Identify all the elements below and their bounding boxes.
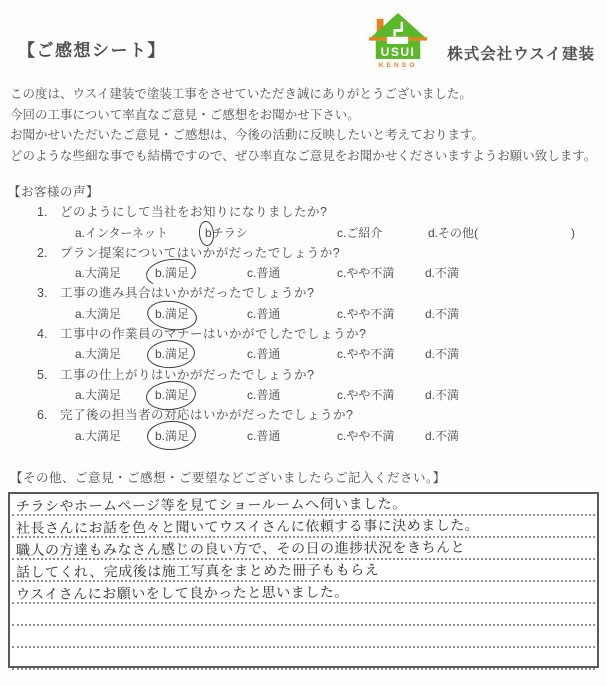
option-d: d.その他( [428, 223, 571, 243]
option-a: a.インターネット [75, 223, 205, 243]
option-d-close-paren: ) [571, 223, 575, 243]
option-c: c.普通 [247, 344, 337, 364]
option-c: c.ご紹介 [337, 223, 428, 243]
intro-line: お聞かせいただいたご意見・ご感想は、今後の活動に反映したいと考えております。 [10, 125, 599, 146]
handwritten-text: 話してくれ、完成後は施工写真をまとめた冊子ももらえ [16, 559, 379, 582]
brand: USUI KENSO 株式会社ウスイ建装 [369, 12, 595, 74]
question-text: 工事中の作業員のマナーはいかがでしたでしょうか? [60, 324, 366, 344]
handwritten-text: 社長さんにお話を色々と聞いてウスイさんに依頼する事に決めました。 [16, 515, 479, 538]
question-text: どのようにして当社をお知りになりましたか? [60, 202, 327, 222]
comments-section: 【その他、ご意見・ご感想・ご要望などございましたらご記入ください。】 チラシやホ… [8, 470, 599, 668]
question-4: 4. 工事中の作業員のマナーはいかがでしたでしょうか? a.大満足 b.満足 c… [8, 324, 599, 365]
survey-section-title: 【お客様の声】 [8, 182, 599, 202]
comments-box: チラシやホームページ等を見てショールームへ伺いました。 社長さんにお話を色々と聞… [8, 492, 599, 668]
option-marker: b [205, 226, 212, 240]
option-label: b.満足 [155, 307, 189, 321]
option-label: チラシ [212, 226, 248, 240]
option-label: b.満足 [155, 347, 189, 361]
option-a: a.大満足 [75, 426, 155, 446]
options-row: a.大満足 b.満足 c.普通 c.やや不満 d.不満 [8, 344, 599, 364]
question-number: 2. [37, 243, 60, 263]
options-row: a.大満足 b.満足 c.普通 c.やや不満 d.不満 [8, 426, 599, 446]
question-number: 6. [37, 405, 60, 425]
question-text: プラン提案についてはいかがだったでしょうか? [60, 243, 340, 263]
intro-line: この度は、ウスイ建装で塗装工事をさせていただき誠にありがとうございました。 [10, 84, 599, 105]
intro-line: どのような些細な事でも結構ですので、ぜひ率直なご意見をお聞かせくださいますようお… [10, 146, 599, 167]
header: 【ご感想シート】 USUI KENSO 株式会社ウスイ建装 [0, 0, 607, 84]
option-a: a.大満足 [75, 304, 155, 324]
option-e: d.不満 [425, 304, 459, 324]
comment-line-empty [12, 648, 595, 670]
option-label: b.満足 [155, 388, 189, 402]
comment-line: 職人の方達もみなさん感じの良い方で、その日の進捗状況をきちんと [12, 538, 595, 560]
option-b-selected: b.満足 [155, 263, 247, 283]
question-2: 2. プラン提案についてはいかがだったでしょうか? a.大満足 b.満足 c.普… [8, 243, 599, 284]
option-d: c.やや不満 [337, 304, 425, 324]
option-d: c.やや不満 [337, 344, 425, 364]
option-a: a.大満足 [75, 385, 155, 405]
question-number: 1. [37, 202, 60, 222]
logo-text-bottom: KENSO [379, 62, 418, 69]
survey-section: 【お客様の声】 1. どのようにして当社をお知りになりましたか? a.インターネ… [8, 182, 599, 446]
handwritten-text: ウスイさんにお願いをして良かったと思いました。 [16, 582, 349, 604]
company-name: 株式会社ウスイ建装 [447, 42, 595, 64]
comment-box-filler [10, 670, 597, 682]
question-text: 工事の仕上がりはいかがだったでしょうか? [60, 365, 314, 385]
option-d: c.やや不満 [337, 426, 425, 446]
question-5: 5. 工事の仕上がりはいかがだったでしょうか? a.大満足 b.満足 c.普通 … [8, 365, 599, 406]
option-b-selected: bチラシ [205, 223, 337, 243]
comment-line-empty [12, 604, 595, 626]
option-c: c.普通 [247, 385, 337, 405]
comment-line: ウスイさんにお願いをして良かったと思いました。 [12, 582, 595, 604]
comment-line: チラシやホームページ等を見てショールームへ伺いました。 [12, 494, 595, 516]
page-title: 【ご感想シート】 [18, 36, 166, 61]
intro-line: 今回の工事について率直なご意見・ご感想をお聞かせ下さい。 [10, 105, 599, 126]
option-a: a.大満足 [75, 263, 155, 283]
question-1: 1. どのようにして当社をお知りになりましたか? a.インターネット bチラシ … [8, 202, 599, 243]
option-c: c.普通 [247, 304, 337, 324]
comment-line: 話してくれ、完成後は施工写真をまとめた冊子ももらえ [12, 560, 595, 582]
option-e: d.不満 [425, 426, 459, 446]
question-text: 工事の進み具合はいかがだったでしょうか? [60, 283, 314, 303]
options-row: a.インターネット bチラシ c.ご紹介 d.その他( ) [8, 223, 599, 243]
option-c: c.普通 [247, 426, 337, 446]
option-a: a.大満足 [75, 344, 155, 364]
company-logo-icon: USUI KENSO [369, 12, 427, 74]
question-3: 3. 工事の進み具合はいかがだったでしょうか? a.大満足 b.満足 c.普通 … [8, 283, 599, 324]
option-e: d.不満 [425, 385, 459, 405]
question-6: 6. 完了後の担当者の対応はいかがだったでしょうか? a.大満足 b.満足 c.… [8, 405, 599, 446]
options-row: a.大満足 b.満足 c.普通 c.やや不満 d.不満 [8, 385, 599, 405]
option-e: d.不満 [425, 344, 459, 364]
options-row: a.大満足 b.満足 c.普通 c.やや不満 d.不満 [8, 304, 599, 324]
option-e: d.不満 [425, 263, 459, 283]
handwritten-text: チラシやホームページ等を見てショールームへ伺いました。 [16, 493, 407, 516]
options-row: a.大満足 b.満足 c.普通 c.やや不満 d.不満 [8, 263, 599, 283]
comments-section-title: 【その他、ご意見・ご感想・ご要望などございましたらご記入ください。】 [10, 470, 599, 486]
option-d: c.やや不満 [337, 385, 425, 405]
question-number: 3. [37, 283, 60, 303]
question-number: 5. [37, 365, 60, 385]
feedback-sheet-scan: 【ご感想シート】 USUI KENSO 株式会社ウスイ建装 この度は、ウスイ建装… [0, 0, 607, 686]
option-b-selected: b.満足 [155, 344, 247, 364]
option-label: b.満足 [155, 429, 189, 443]
question-text: 完了後の担当者の対応はいかがだったでしょうか? [60, 405, 353, 425]
comment-line-empty [12, 626, 595, 648]
option-label: b.満足 [155, 266, 189, 280]
option-b-selected: b.満足 [155, 426, 247, 446]
handwritten-text: 職人の方達もみなさん感じの良い方で、その日の進捗状況をきちんと [16, 537, 465, 560]
question-number: 4. [37, 324, 60, 344]
option-b-selected: b.満足 [155, 385, 247, 405]
option-c: c.普通 [247, 263, 337, 283]
option-b-selected: b.満足 [155, 304, 247, 324]
option-d: c.やや不満 [337, 263, 425, 283]
logo-text-top: USUI [381, 45, 416, 59]
intro-paragraph: この度は、ウスイ建装で塗装工事をさせていただき誠にありがとうございました。 今回… [10, 84, 599, 166]
comment-line: 社長さんにお話を色々と聞いてウスイさんに依頼する事に決めました。 [12, 516, 595, 538]
